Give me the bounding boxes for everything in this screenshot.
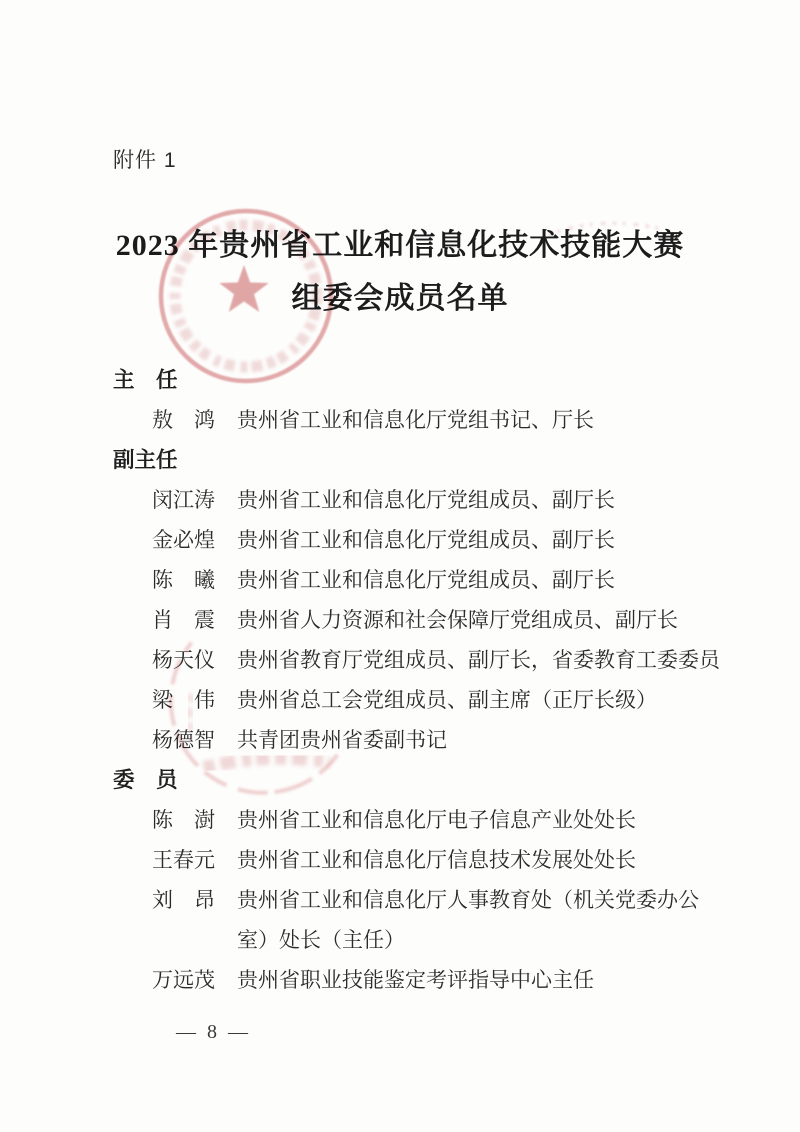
member-title-line: 贵州省工业和信息化厅党组书记、厅长: [237, 400, 594, 440]
member-name: 王春元: [152, 840, 237, 880]
member-title-line: 贵州省工业和信息化厅党组成员、副厅长: [237, 480, 615, 520]
member-row: 陈 曦 贵州省工业和信息化厅党组成员、副厅长: [113, 560, 753, 600]
member-row: 杨天仪 贵州省教育厅党组成员、副厅长，省委教育工委委员: [113, 640, 753, 680]
member-row: 王春元 贵州省工业和信息化厅信息技术发展处处长: [113, 840, 753, 880]
member-title-line: 贵州省工业和信息化厅信息技术发展处处长: [237, 840, 636, 880]
member-title: 贵州省工业和信息化厅党组成员、副厅长: [237, 480, 615, 520]
member-title: 贵州省工业和信息化厅党组成员、副厅长: [237, 520, 615, 560]
member-row: 敖 鸿 贵州省工业和信息化厅党组书记、厅长: [113, 400, 753, 440]
member-title: 贵州省职业技能鉴定考评指导中心主任: [237, 960, 594, 1000]
member-title-line: 贵州省人力资源和社会保障厅党组成员、副厅长: [237, 600, 678, 640]
page-number: — 8 —: [176, 1012, 251, 1052]
member-title-line: 贵州省工业和信息化厅党组成员、副厅长: [237, 560, 615, 600]
member-title-line: 贵州省工业和信息化厅电子信息产业处处长: [237, 800, 636, 840]
member-title-line: 共青团贵州省委副书记: [237, 720, 447, 760]
document-title-line1: 2023 年贵州省工业和信息化技术技能大赛: [0, 219, 800, 272]
member-title: 贵州省工业和信息化厅党组成员、副厅长: [237, 560, 615, 600]
member-title: 贵州省工业和信息化厅电子信息产业处处长: [237, 800, 636, 840]
member-name: 陈 澍: [152, 800, 237, 840]
section-heading-deputy-directors: 副主任: [113, 440, 753, 480]
document-title: 2023 年贵州省工业和信息化技术技能大赛 组委会成员名单: [0, 219, 800, 325]
section-heading-director: 主 任: [113, 360, 753, 400]
member-name: 陈 曦: [152, 560, 237, 600]
member-title-line: 室）处长（主任）: [237, 920, 699, 960]
member-title-line: 贵州省职业技能鉴定考评指导中心主任: [237, 960, 594, 1000]
member-name: 肖 震: [152, 600, 237, 640]
member-title: 贵州省工业和信息化厅党组书记、厅长: [237, 400, 594, 440]
member-title: 贵州省人力资源和社会保障厅党组成员、副厅长: [237, 600, 678, 640]
member-title: 贵州省总工会党组成员、副主席（正厅长级）: [237, 680, 657, 720]
member-row: 刘 昂 贵州省工业和信息化厅人事教育处（机关党委办公 室）处长（主任）: [113, 880, 753, 960]
member-title-line: 贵州省工业和信息化厅人事教育处（机关党委办公: [237, 880, 699, 920]
member-title-line: 贵州省教育厅党组成员、副厅长，省委教育工委委员: [237, 640, 720, 680]
member-row: 梁 伟 贵州省总工会党组成员、副主席（正厅长级）: [113, 680, 753, 720]
document-page: 附件 1 2023 年贵州省工业和信息化技术技能大赛 组委会成员名单 主 任 敖…: [0, 0, 800, 1132]
member-name: 闵江涛: [152, 480, 237, 520]
attachment-label: 附件 1: [113, 144, 177, 174]
member-row: 陈 澍 贵州省工业和信息化厅电子信息产业处处长: [113, 800, 753, 840]
member-title: 贵州省工业和信息化厅信息技术发展处处长: [237, 840, 636, 880]
member-title: 共青团贵州省委副书记: [237, 720, 447, 760]
committee-roster: 主 任 敖 鸿 贵州省工业和信息化厅党组书记、厅长 副主任 闵江涛 贵州省工业和…: [113, 360, 753, 1000]
member-name: 敖 鸿: [152, 400, 237, 440]
document-title-line2: 组委会成员名单: [0, 272, 800, 325]
member-row: 肖 震 贵州省人力资源和社会保障厅党组成员、副厅长: [113, 600, 753, 640]
member-row: 闵江涛 贵州省工业和信息化厅党组成员、副厅长: [113, 480, 753, 520]
member-name: 杨德智: [152, 720, 237, 760]
member-row: 杨德智 共青团贵州省委副书记: [113, 720, 753, 760]
section-heading-members: 委 员: [113, 760, 753, 800]
member-name: 梁 伟: [152, 680, 237, 720]
member-title: 贵州省工业和信息化厅人事教育处（机关党委办公 室）处长（主任）: [237, 880, 699, 960]
member-row: 万远茂 贵州省职业技能鉴定考评指导中心主任: [113, 960, 753, 1000]
member-name: 杨天仪: [152, 640, 237, 680]
member-title: 贵州省教育厅党组成员、副厅长，省委教育工委委员: [237, 640, 720, 680]
member-title-line: 贵州省工业和信息化厅党组成员、副厅长: [237, 520, 615, 560]
member-name: 金必煌: [152, 520, 237, 560]
member-name: 万远茂: [152, 960, 237, 1000]
member-title-line: 贵州省总工会党组成员、副主席（正厅长级）: [237, 680, 657, 720]
member-name: 刘 昂: [152, 880, 237, 960]
member-row: 金必煌 贵州省工业和信息化厅党组成员、副厅长: [113, 520, 753, 560]
